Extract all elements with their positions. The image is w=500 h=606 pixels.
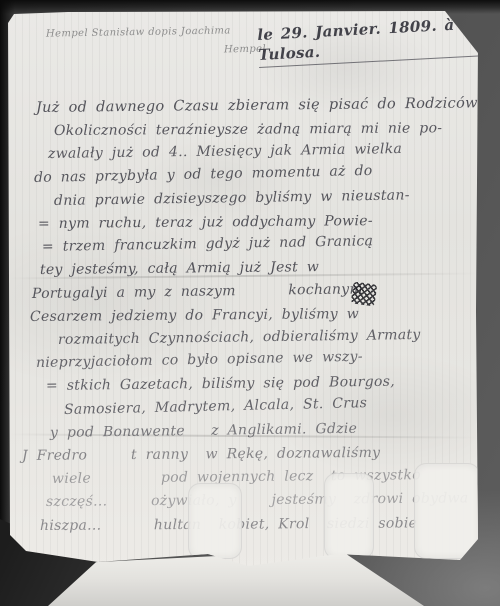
- dateline: le 29. Janvier. 1809. à Tulosa.: [257, 14, 479, 68]
- handwriting-line-19: hiszpa... hultan kobiet, Krol siedzi sob…: [40, 512, 478, 538]
- pencil-annotation-owner: Hempel Stanisław dopis Joachima: [46, 25, 231, 39]
- letter-paper: Hempel Stanisław dopis Joachima Hempel 4…: [8, 11, 478, 573]
- handwriting-line-1: Już od dawnego Czasu zbieram się pisać d…: [36, 92, 478, 120]
- faded-patch-3: [414, 463, 480, 559]
- faded-patch-1: [188, 483, 242, 559]
- letter-body: Już od dawnego Czasu zbieram się pisać d…: [8, 97, 478, 538]
- ink-blot-crosshatch: [351, 281, 378, 306]
- scanned-letter-page: Hempel Stanisław dopis Joachima Hempel 4…: [0, 0, 500, 606]
- faded-patch-2: [324, 473, 374, 559]
